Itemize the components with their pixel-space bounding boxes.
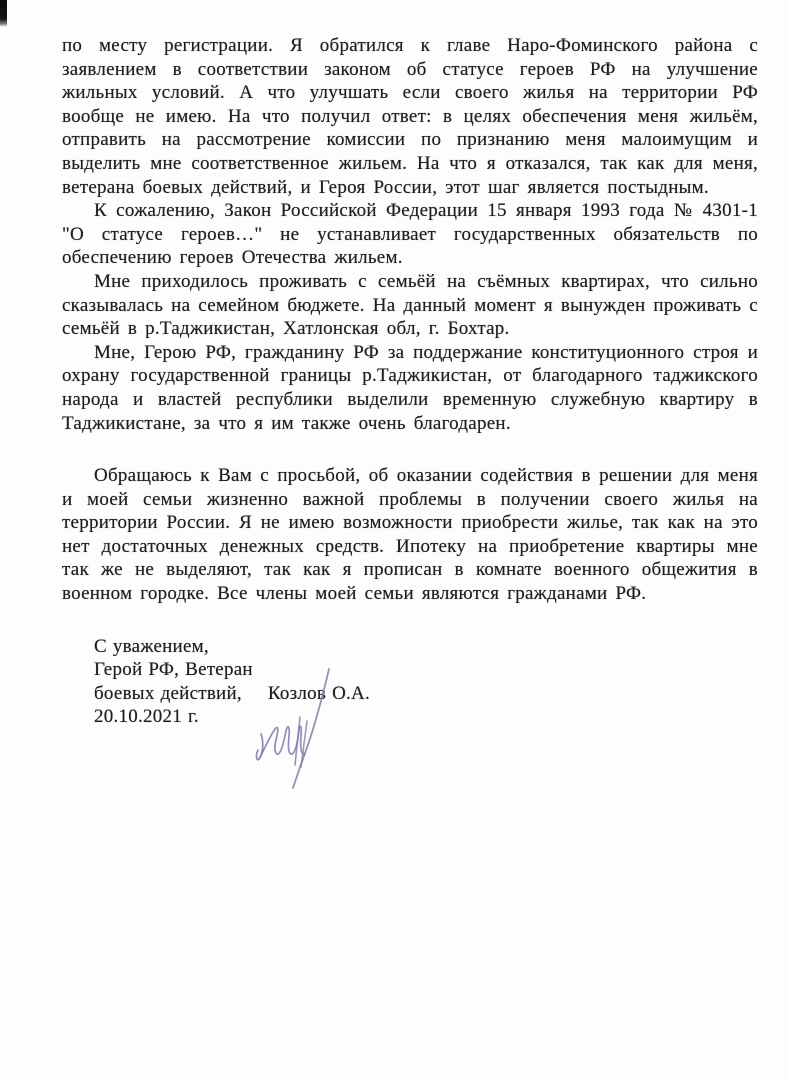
paragraph-tajikistan-flat: Мне, Герою РФ, гражданину РФ за поддержа… — [62, 341, 758, 435]
signature-title-line1: Герой РФ, Ветеран — [94, 658, 758, 682]
document-page: по месту регистрации. Я обратился к глав… — [0, 0, 788, 1080]
signature-closing: С уважением, — [94, 635, 758, 659]
signature-title-line2: боевых действий, — [94, 683, 242, 704]
signer-name: Козлов О.А. — [268, 682, 370, 706]
signature-date: 20.10.2021 г. — [94, 705, 758, 729]
scan-artifact-mark — [0, 0, 7, 27]
signature-block: С уважением, Герой РФ, Ветеран боевых де… — [94, 635, 758, 729]
paragraph-rented-flats: Мне приходилось проживать с семьёй на съ… — [62, 270, 758, 341]
signature-title-line2-and-name: боевых действий,Козлов О.А. — [94, 682, 758, 706]
letter-body: по месту регистрации. Я обратился к глав… — [62, 34, 758, 729]
paragraph-request: Обращаюсь к Вам с просьбой, об оказании … — [62, 464, 758, 606]
paragraph-registration: по месту регистрации. Я обратился к глав… — [62, 34, 758, 199]
paragraph-law-4301: К сожалению, Закон Российской Федерации … — [62, 199, 758, 270]
